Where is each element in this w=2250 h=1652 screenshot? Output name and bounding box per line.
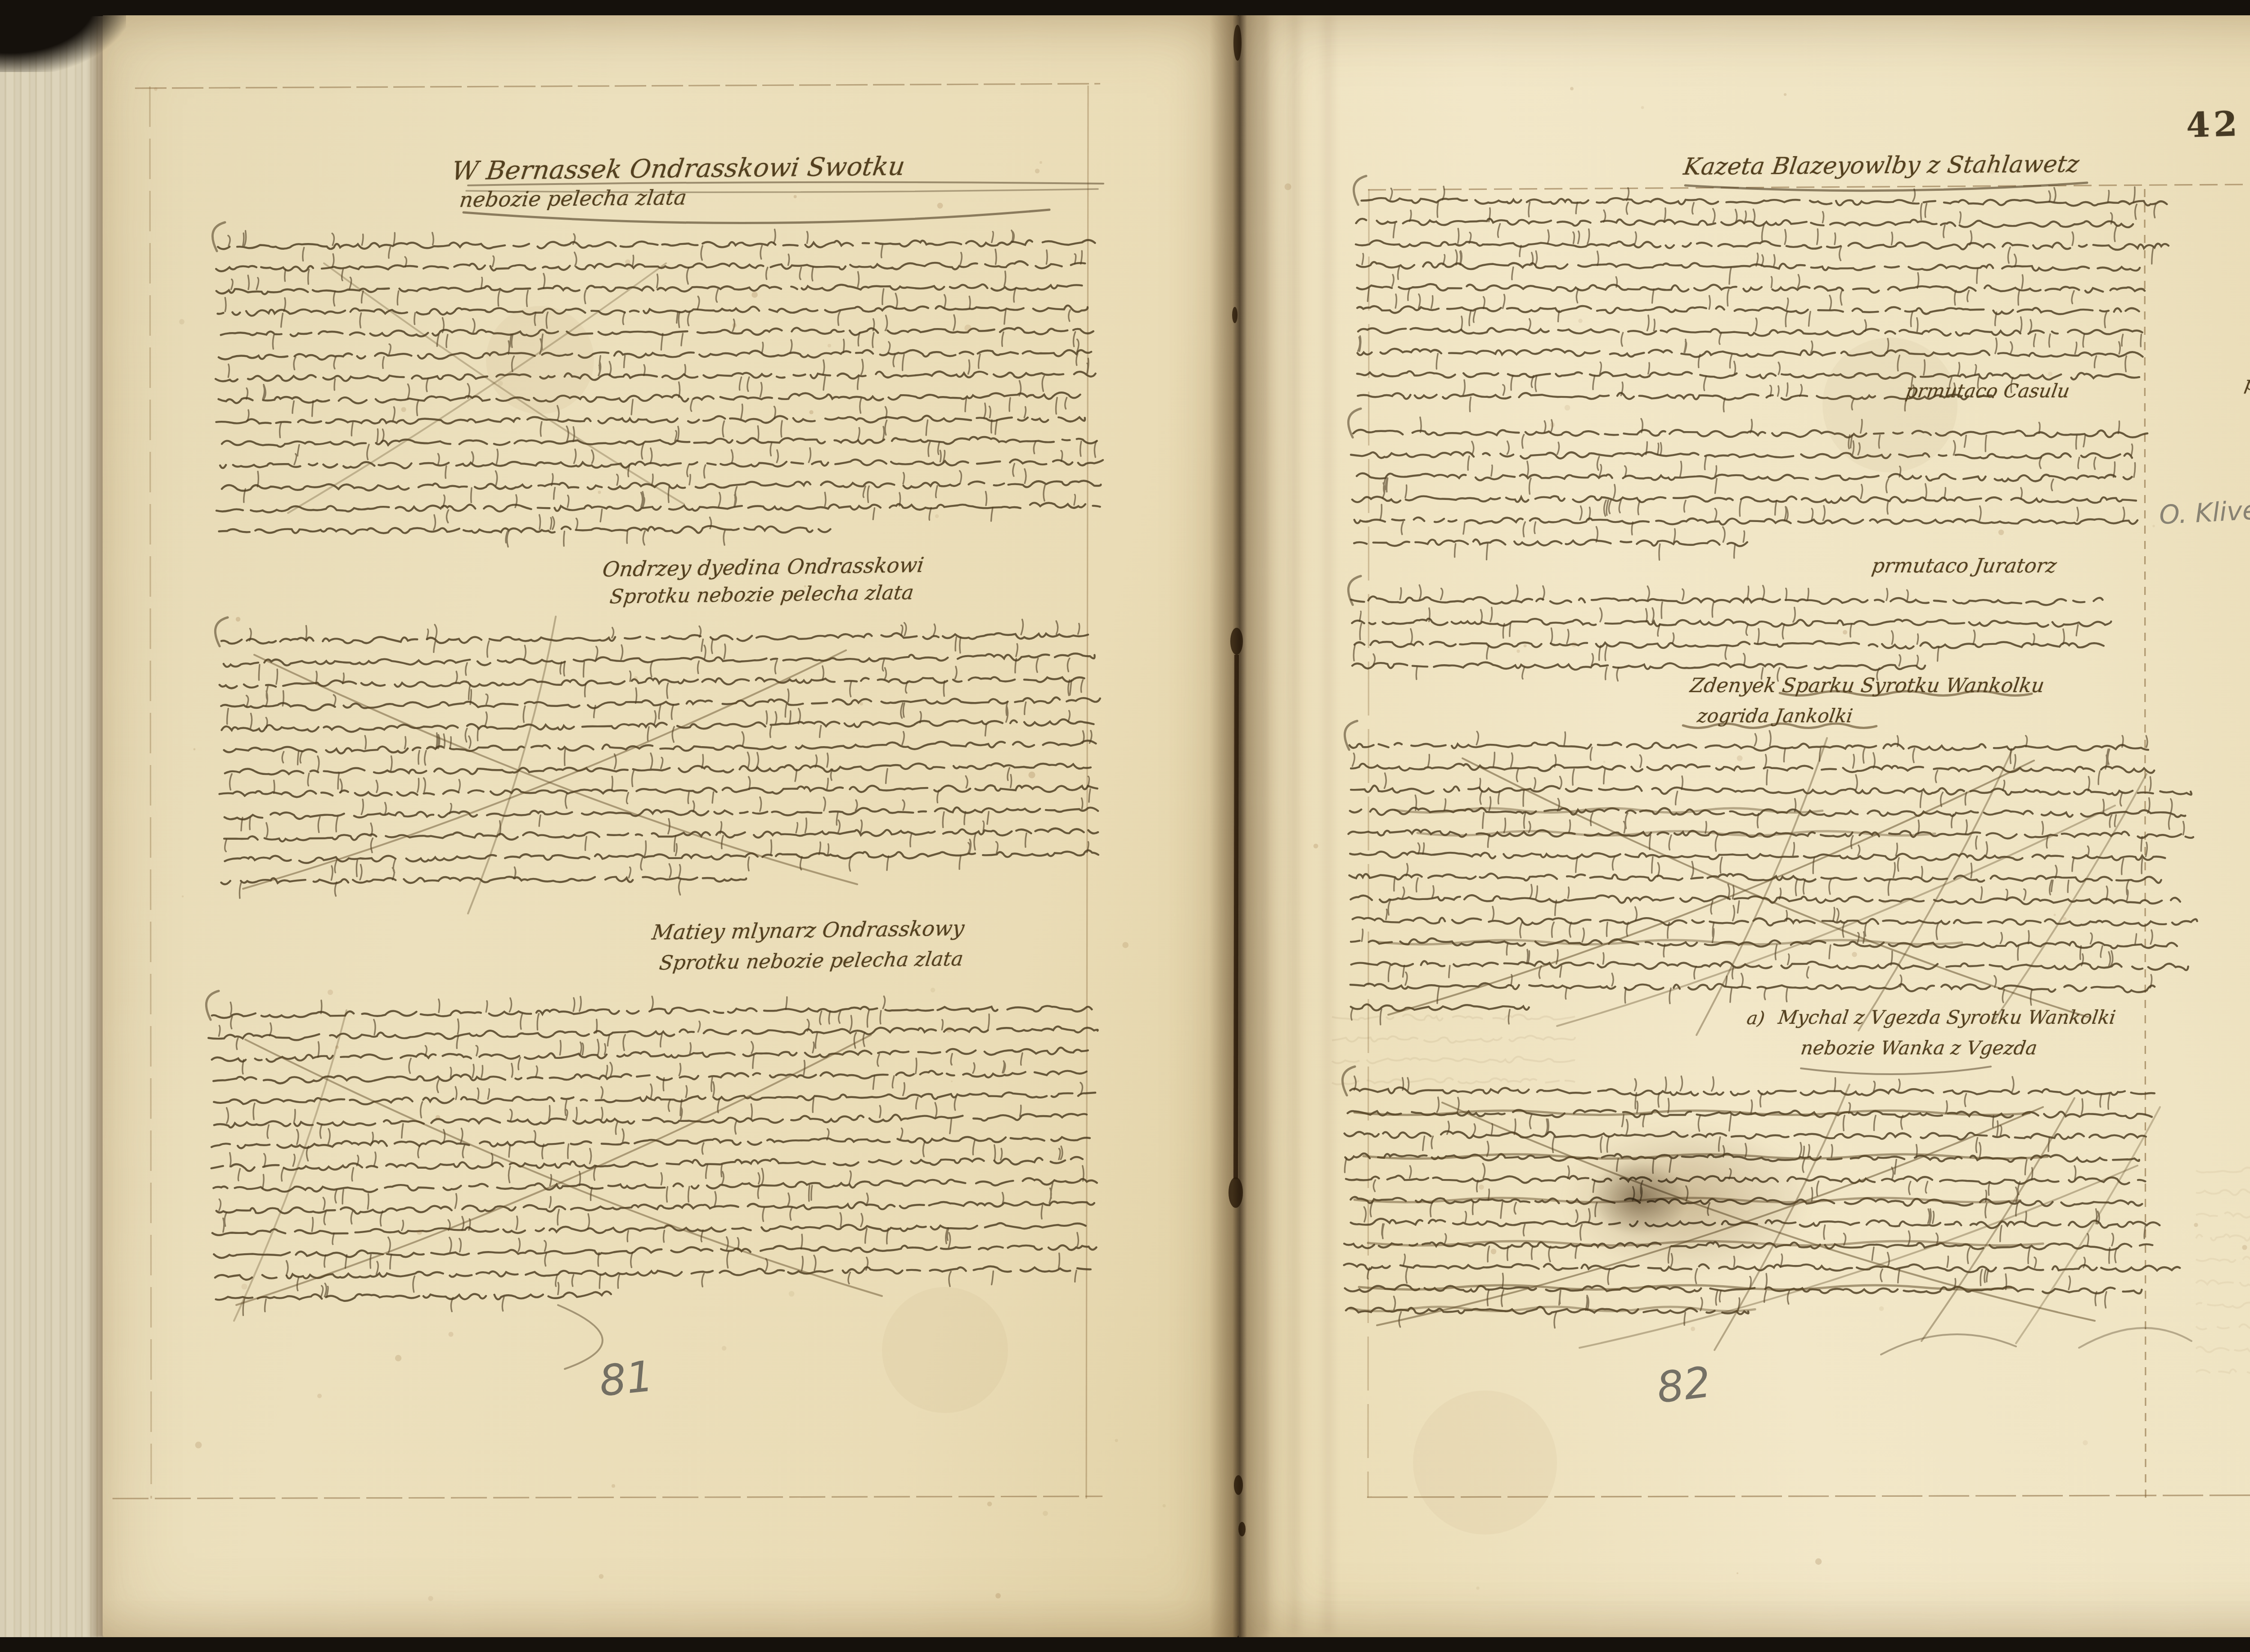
center-note-mutatio-juratorum: prmutaco Juratorz <box>1870 554 2058 577</box>
pencil-page-number-right: 82 <box>1654 1358 1714 1413</box>
left-section-heading-2-line2: Sprotku nebozie pelecha zlata <box>658 947 964 974</box>
paragraph-block <box>1350 414 2160 549</box>
folio-number: 42 <box>2185 104 2241 145</box>
paragraph-block <box>211 225 1102 540</box>
subheading-line2: nebozie Wanka z Vgezda <box>1800 1037 2039 1059</box>
column-note-mutatio-consulum: prmutaco Casulu <box>1904 380 2071 402</box>
left-heading-line2: nebozie pelecha zlata <box>458 185 688 212</box>
book-edge-bottom <box>0 1637 2250 1652</box>
paragraph-block <box>211 621 1102 900</box>
paragraph-block <box>1345 725 2182 1017</box>
paragraph-block <box>1343 1071 2185 1332</box>
paragraph-block <box>1354 180 2164 405</box>
margin-note-pencil-klivec: O. Klivec <box>2158 494 2250 530</box>
pencil-page-number-left: 81 <box>597 1352 656 1406</box>
right-heading: Kazeta Blazeyowlby z Stahlawetz <box>1682 151 2081 180</box>
subheading-marker: a) <box>1746 1008 1766 1029</box>
left-section-heading-1-line2: Sprotku nebozie pelecha zlata <box>608 581 915 608</box>
paragraph-block <box>1350 581 2137 675</box>
book-edge-top <box>0 0 2250 15</box>
subheading-line1: Mychal z Vgezda Syrotku Wankolki <box>1777 1006 2117 1028</box>
struck-heading-line1: Zdenyek Sparku Syrotku Wankolku <box>1688 674 2046 697</box>
paragraph-block <box>205 995 1100 1319</box>
left-heading-line1: W Bernassek Ondrasskowi Swotku <box>450 152 907 186</box>
struck-heading-line2: zogrida Jankolki <box>1696 705 1854 727</box>
manuscript-scan: W Bernassek Ondrasskowi Swotku nebozie p… <box>0 0 2250 1652</box>
left-section-heading-2-line1: Matiey mlynarz Ondrasskowy <box>651 916 966 945</box>
left-section-heading-1-line1: Ondrzey dyedina Ondrasskowi <box>601 553 926 581</box>
book-corner-shadow <box>0 0 126 72</box>
